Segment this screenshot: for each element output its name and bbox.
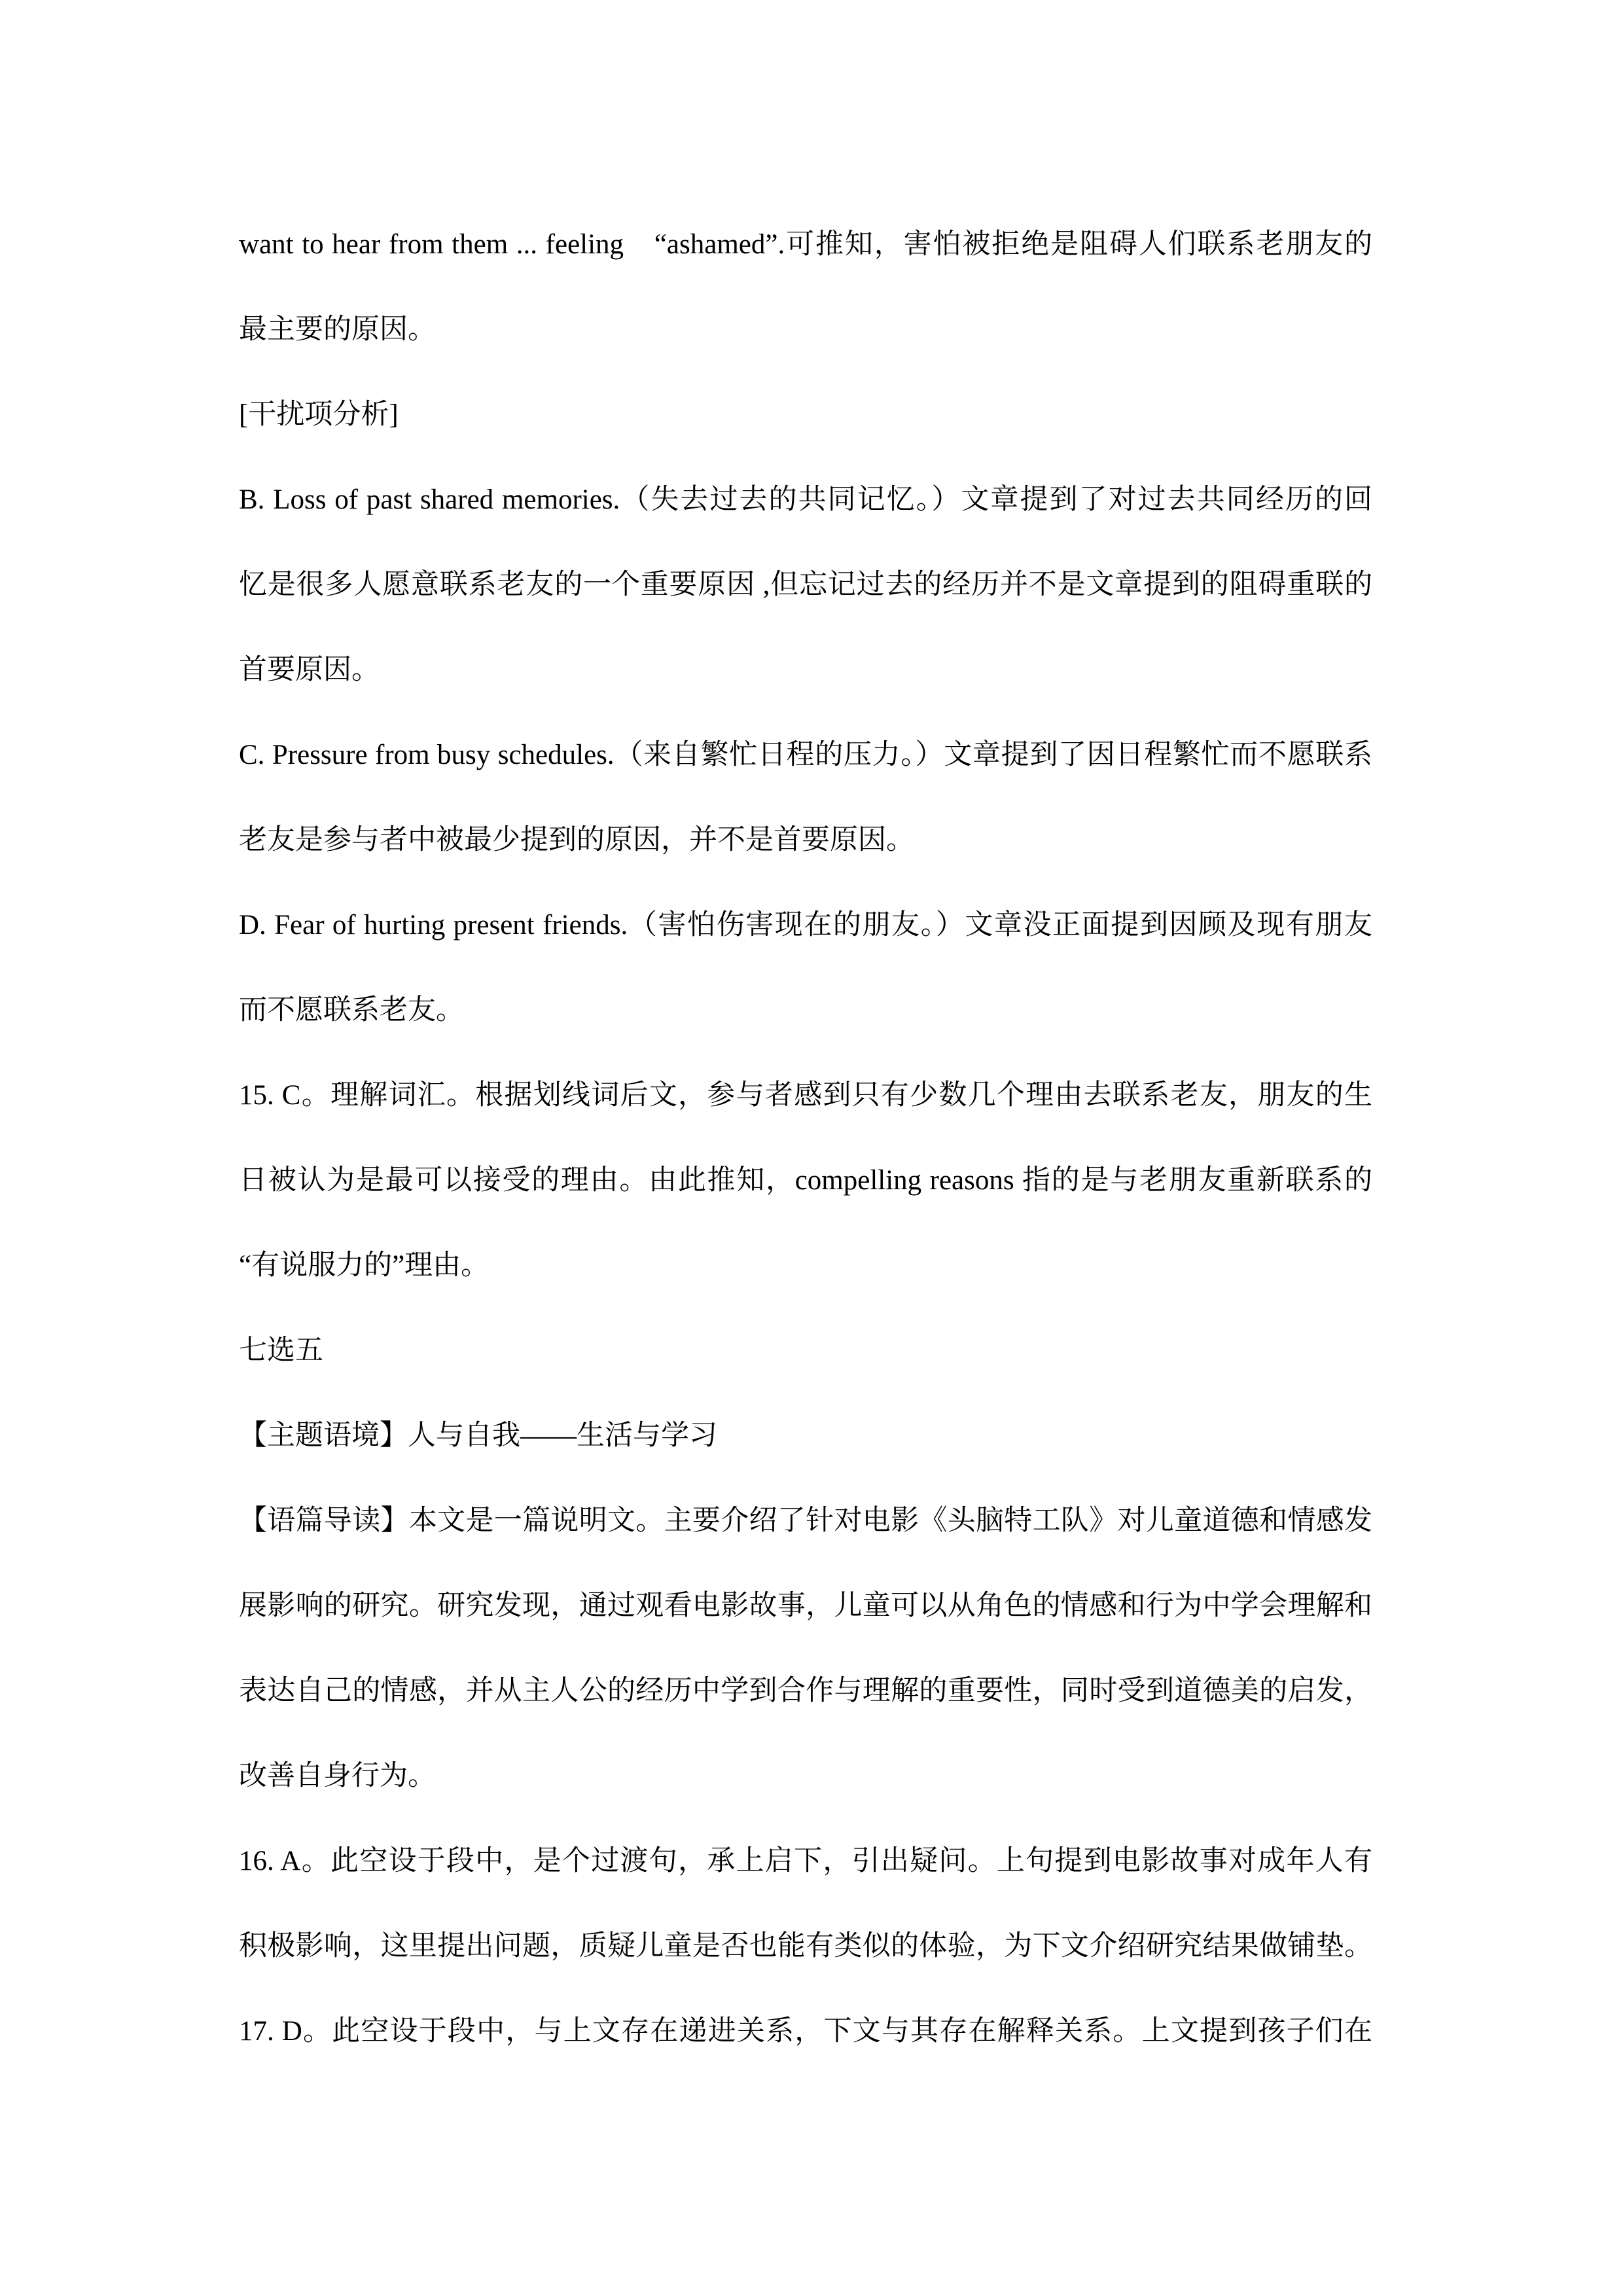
option-d-analysis: D. Fear of hurting present friends.（害怕伤害… — [239, 883, 1372, 1053]
text-line: 积极影响，这里提出问题，质疑儿童是否也能有类似的体验，为下文介绍研究结果做铺垫。 — [239, 1904, 1372, 1989]
text-line: 七选五 — [239, 1308, 1372, 1393]
answer-16-explanation: 16. A。此空设于段中，是个过渡句，承上启下，引出疑问。上句提到电影故事对成年… — [239, 1819, 1372, 1989]
document-text: want to hear from them ... feeling “asha… — [239, 202, 1372, 2074]
text-line: 而不愿联系老友。 — [239, 968, 1372, 1053]
text-line: 改善自身行为。 — [239, 1734, 1372, 1819]
answer-14-explanation-continued: want to hear from them ... feeling “asha… — [239, 202, 1372, 372]
text-line: 【主题语境】人与自我——生活与学习 — [239, 1393, 1372, 1479]
text-line: want to hear from them ... feeling “asha… — [239, 202, 1372, 287]
text-line: 最主要的原因。 — [239, 287, 1372, 372]
text-line: D. Fear of hurting present friends.（害怕伤害… — [239, 883, 1372, 968]
text-line: 老友是参与者中被最少提到的原因，并不是首要原因。 — [239, 798, 1372, 883]
text-line: B. Loss of past shared memories.（失去过去的共同… — [239, 457, 1372, 543]
text-line: 日被认为是最可以接受的理由。由此推知，compelling reasons 指的… — [239, 1138, 1372, 1223]
answer-17-explanation: 17. D。此空设于段中，与上文存在递进关系，下文与其存在解释关系。上文提到孩子… — [239, 1989, 1372, 2074]
text-line: 忆是很多人愿意联系老友的一个重要原因 ,但忘记过去的经历并不是文章提到的阻碍重联… — [239, 543, 1372, 628]
text-line: 首要原因。 — [239, 628, 1372, 713]
text-line: C. Pressure from busy schedules.（来自繁忙日程的… — [239, 713, 1372, 798]
text-line: 展影响的研究。研究发现，通过观看电影故事，儿童可以从角色的情感和行为中学会理解和 — [239, 1564, 1372, 1649]
text-line: “有说服力的”理由。 — [239, 1223, 1372, 1308]
document-page: want to hear from them ... feeling “asha… — [0, 0, 1623, 2296]
text-line: 15. C。理解词汇。根据划线词后文，参与者感到只有少数几个理由去联系老友，朋友… — [239, 1053, 1372, 1138]
passage-guide: 【语篇导读】本文是一篇说明文。主要介绍了针对电影《头脑特工队》对儿童道德和情感发… — [239, 1479, 1372, 1819]
option-b-analysis: B. Loss of past shared memories.（失去过去的共同… — [239, 457, 1372, 713]
text-line: 16. A。此空设于段中，是个过渡句，承上启下，引出疑问。上句提到电影故事对成年… — [239, 1819, 1372, 1904]
text-line: 表达自己的情感，并从主人公的经历中学到合作与理解的重要性，同时受到道德美的启发， — [239, 1649, 1372, 1734]
theme-context: 【主题语境】人与自我——生活与学习 — [239, 1393, 1372, 1479]
text-line: [干扰项分析] — [239, 372, 1372, 457]
answer-15-explanation: 15. C。理解词汇。根据划线词后文，参与者感到只有少数几个理由去联系老友，朋友… — [239, 1053, 1372, 1308]
text-line: 【语篇导读】本文是一篇说明文。主要介绍了针对电影《头脑特工队》对儿童道德和情感发 — [239, 1479, 1372, 1564]
section-heading-seven-choose-five: 七选五 — [239, 1308, 1372, 1393]
text-line: 17. D。此空设于段中，与上文存在递进关系，下文与其存在解释关系。上文提到孩子… — [239, 1989, 1372, 2074]
distractor-analysis-heading: [干扰项分析] — [239, 372, 1372, 457]
option-c-analysis: C. Pressure from busy schedules.（来自繁忙日程的… — [239, 713, 1372, 883]
